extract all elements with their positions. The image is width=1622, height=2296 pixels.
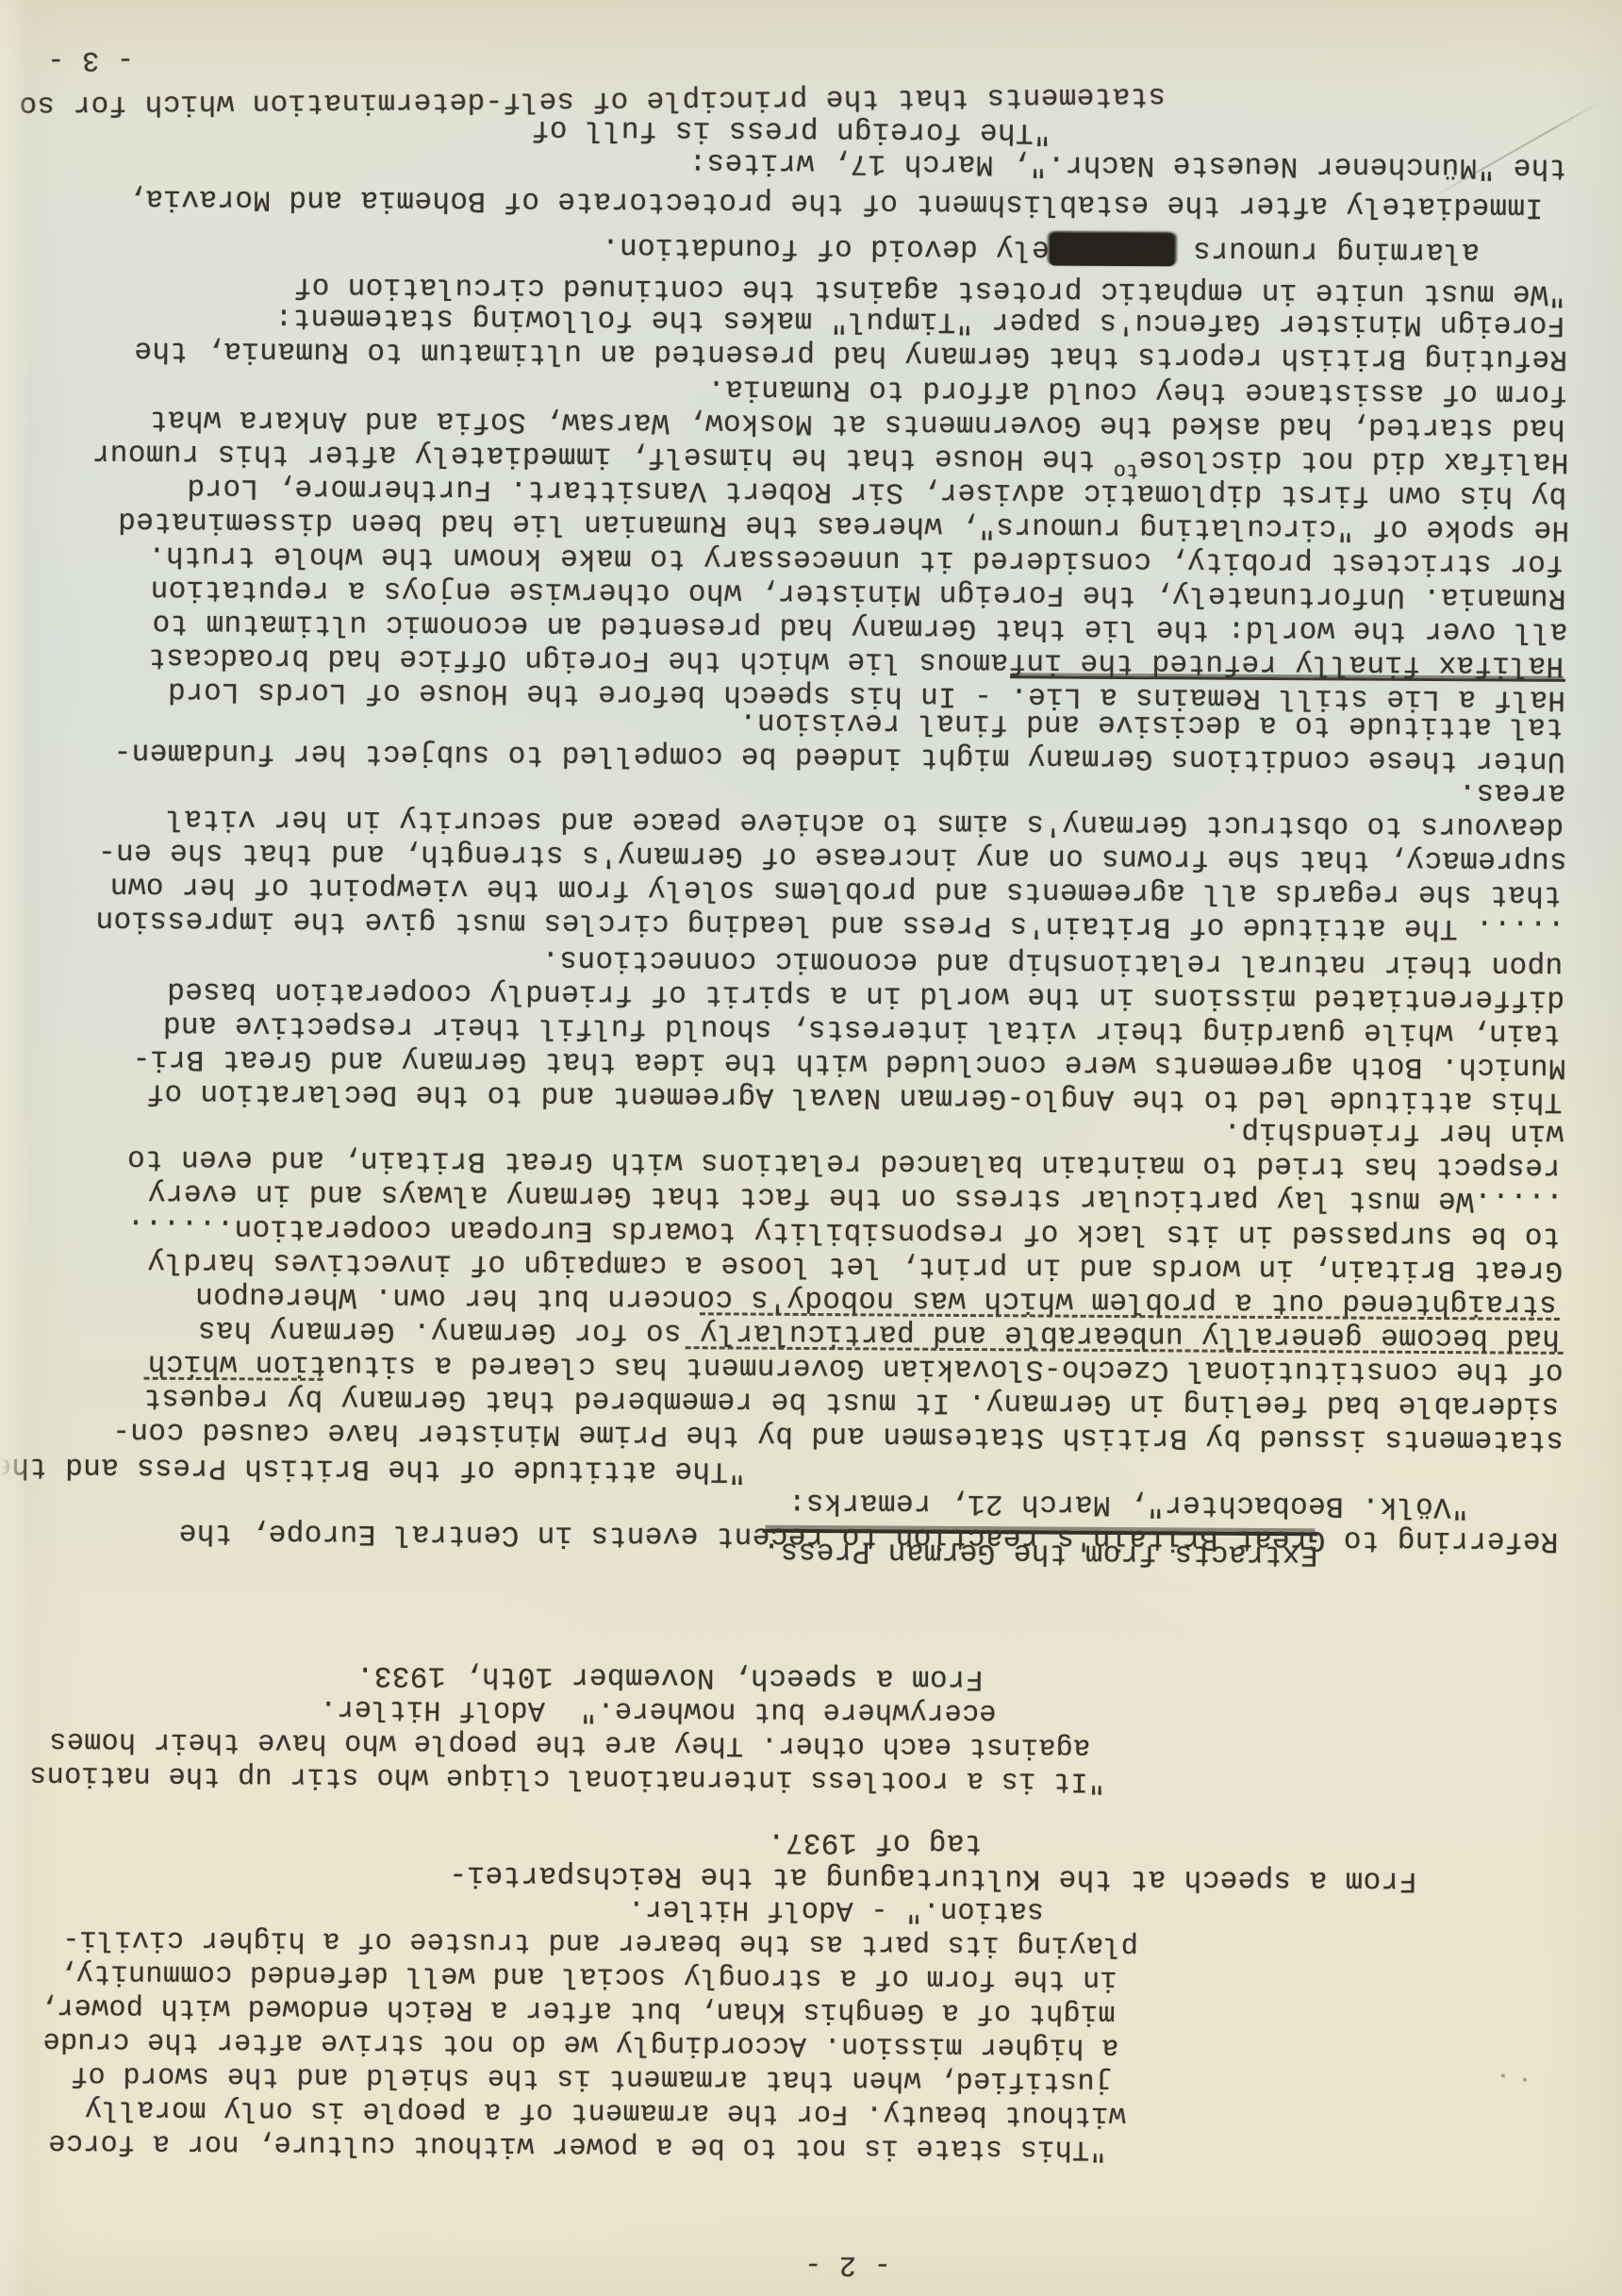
text-line: playing its part as the bearer and trust… [62, 1922, 1138, 1962]
underlined-phrase: Half a Lie still Remains a Lie. [1010, 675, 1565, 716]
text-line: win her friendship. [1223, 1114, 1564, 1150]
typewritten-sheet: - 2 - "This state is not to be a power w… [0, 0, 1622, 2296]
page3-fragment-sheet: statements that the principle of self-de… [6, 0, 1622, 138]
text-line: the "Münchener Neueste Nachr.", March 17… [688, 144, 1566, 184]
scanned-document-page: - 2 - "This state is not to be a power w… [0, 0, 1622, 2296]
text-line: without beauty. For the armament of a pe… [84, 2091, 1125, 2132]
text-line: sation." - Adolf Hitler. [627, 1891, 1044, 1928]
text-line: ecerywhere but nowhere." Adolf Hitler. [320, 1691, 997, 1729]
pencil-underlined-phrase: by request [143, 1377, 323, 1415]
paper-speck [1501, 2073, 1505, 2077]
text-line: "It is a rootless international clique w… [29, 1757, 1105, 1798]
text-line: form of assistance they could afford to … [707, 371, 1567, 410]
text-line: "Völk. Beobachter", March 21, remarks: [787, 1485, 1468, 1522]
paper-speck [1523, 2078, 1527, 2082]
text-line: in the form of a strongly social and wel… [58, 1955, 1117, 1996]
text-line: might of a Genghis Khan, but after a Rei… [39, 1989, 1115, 2030]
page-number-2: - 2 - [804, 2247, 891, 2282]
text-line: alarming rumours completely devoid of fo… [602, 229, 1480, 269]
quote1-attribution-line: tag of 1937. [767, 1824, 982, 1859]
text-line: upon their natural relationship and econ… [541, 941, 1563, 982]
text-line: statements that the principle of self-de… [0, 78, 1166, 124]
text-line: areas. [1458, 774, 1565, 809]
quote1-attribution-line: From a speech at the Kulturtagung at the… [449, 1857, 1416, 1897]
text-line: "This state is not to be a power without… [48, 2125, 1107, 2166]
typed-insertion: to [1113, 458, 1138, 482]
quote2-attribution-line: From a speech, November 10th, 1933. [356, 1657, 983, 1695]
text-line: "The attitude of the British Press and t… [0, 1449, 746, 1488]
text-line: a higher mission. Accordingly we do not … [42, 2023, 1118, 2064]
text-line: against each other. They are the people … [49, 1723, 1090, 1764]
text-line: Immediately after the establishment of t… [127, 181, 1543, 224]
page-number-3: - 3 - [47, 42, 134, 77]
upside-down-content: - 2 - "This state is not to be a power w… [0, 0, 1622, 2296]
text-line: justified, when that armament is the shi… [71, 2057, 1112, 2098]
ink-blot: complet [1050, 233, 1175, 267]
